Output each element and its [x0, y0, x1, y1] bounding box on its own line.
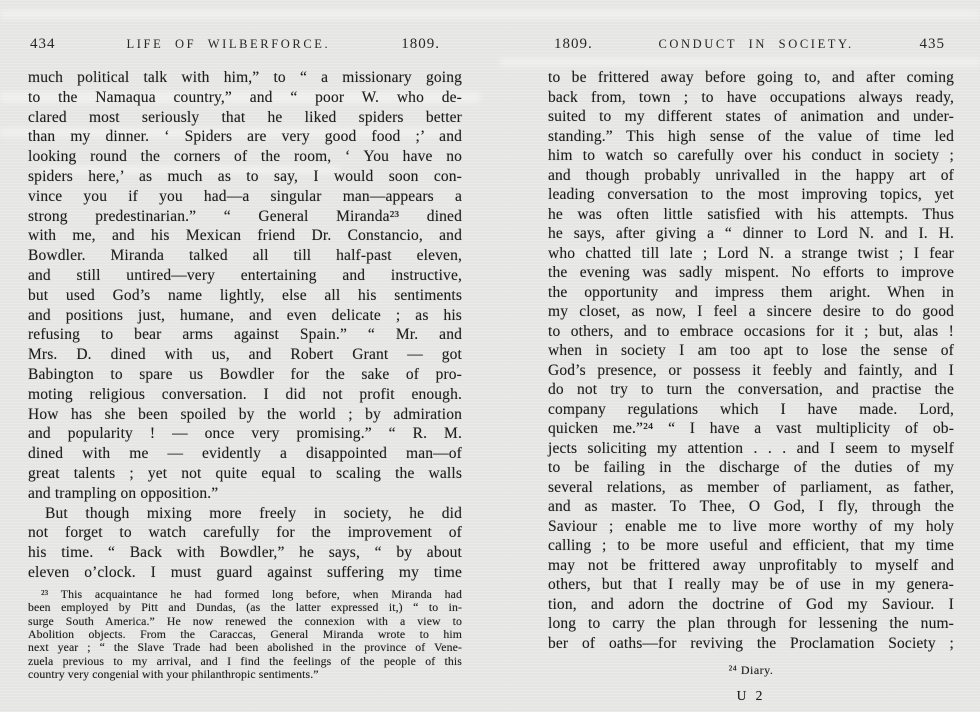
text-line: Bowdler. Miranda talked all till half-pa… — [28, 246, 462, 266]
text-line: been employed by Pitt and Dundas, (as th… — [28, 601, 462, 614]
text-line: to the Namaqua country,” and “ poor W. w… — [28, 88, 462, 108]
text-line: and positions just, humane, and even del… — [28, 306, 462, 326]
text-line: the evening was sadly mispent. No effort… — [548, 263, 954, 283]
text-line: much political talk with him,” to “ a mi… — [28, 68, 462, 88]
right-page-header: 1809. CONDUCT IN SOCIETY. 435 — [548, 36, 954, 53]
text-line: moting religious conversation. I did not… — [28, 385, 462, 405]
text-line: and trampling on opposition.” — [28, 484, 462, 504]
text-line: God’s presence, or possess it feebly and… — [548, 361, 954, 381]
text-line: him to watch so carefully over his condu… — [548, 146, 954, 166]
text-line: who chatted till late ; Lord N. a strang… — [548, 244, 954, 264]
text-line: not forget to watch carefully for the im… — [28, 523, 462, 543]
text-line: zuela previous to my arrival, and I find… — [28, 655, 462, 668]
text-line: and as master. To Thee, O God, I fly, th… — [548, 497, 954, 517]
left-page: 434 LIFE OF WILBERFORCE. 1809. much poli… — [28, 36, 462, 682]
left-paragraph-1: much political talk with him,” to “ a mi… — [28, 68, 462, 504]
text-line: ber of oaths—for reviving the Proclamati… — [548, 634, 954, 654]
text-line: country very congenial with your philant… — [28, 668, 462, 681]
text-line: but used God’s name lightly, else all hi… — [28, 286, 462, 306]
text-line: Babington to spare us Bowdler for the sa… — [28, 365, 462, 385]
text-line: next year ; “ the Slave Trade had been a… — [28, 641, 462, 654]
text-line: Abolition objects. From the Caraccas, Ge… — [28, 628, 462, 641]
text-line: back from, town ; to have occupations al… — [548, 88, 954, 108]
scan-streak — [0, 10, 980, 19]
text-line: he says, after giving a “ dinner to Lord… — [548, 224, 954, 244]
text-line: several relations, as member of parliame… — [548, 478, 954, 498]
text-line: with me, and his Mexican friend Dr. Cons… — [28, 226, 462, 246]
text-line: vince you if you had—a singular man—appe… — [28, 187, 462, 207]
text-line: eleven o’clock. I must guard against suf… — [28, 563, 462, 583]
right-paragraph-1: to be frittered away before going to, an… — [548, 68, 954, 653]
text-line: when in society I am too apt to lose the… — [548, 341, 954, 361]
text-line: spiders here,’ as much as to say, I woul… — [28, 167, 462, 187]
left-page-number: 434 — [30, 36, 56, 53]
text-line: and still untired—very entertaining and … — [28, 266, 462, 286]
text-line: surge South America.” He now renewed the… — [28, 615, 462, 628]
text-line: long to carry the plan through for lesse… — [548, 614, 954, 634]
text-line: quicken me.”²⁴ “ I have a vast multiplic… — [548, 419, 954, 439]
right-header-year: 1809. — [554, 36, 593, 53]
text-line: looking round the corners of the room, ‘… — [28, 147, 462, 167]
text-line: others, but that I really may be of use … — [548, 575, 954, 595]
text-line: strong predestinarian.” “ General Mirand… — [28, 207, 462, 227]
right-footnote: ²⁴ Diary. — [548, 661, 954, 681]
text-line: Mrs. D. dined with us, and Robert Grant … — [28, 345, 462, 365]
text-line: clared most seriously that he liked spid… — [28, 108, 462, 128]
right-page-number: 435 — [919, 36, 945, 53]
left-paragraph-2: But though mixing more freely in society… — [28, 504, 462, 583]
text-line: suited to my different states of animati… — [548, 107, 954, 127]
text-line: great talents ; yet not quite equal to s… — [28, 464, 462, 484]
right-running-title: CONDUCT IN SOCIETY. — [658, 37, 853, 52]
text-line: Saviour ; enable me to live more worthy … — [548, 517, 954, 537]
text-line: the opportunity and impress them aright.… — [548, 283, 954, 303]
text-line: he was often little satisfied with his a… — [548, 205, 954, 225]
text-line: to be frittered away before going to, an… — [548, 68, 954, 88]
text-line: his time. “ Back with Bowdler,” he says,… — [28, 543, 462, 563]
text-line: do not try to turn the conversation, and… — [548, 380, 954, 400]
text-line: But though mixing more freely in society… — [28, 504, 462, 524]
text-line: leading conversation to the most improvi… — [548, 185, 954, 205]
text-line: tion, and adorn the doctrine of God my S… — [548, 595, 954, 615]
text-line: standing.” This high sense of the value … — [548, 127, 954, 147]
text-line: company regulations which I have made. L… — [548, 400, 954, 420]
text-line: jects soliciting my attention . . . and … — [548, 439, 954, 459]
left-running-title: LIFE OF WILBERFORCE. — [127, 37, 331, 52]
text-line: may not be frittered away unprofitably t… — [548, 556, 954, 576]
left-header-year: 1809. — [401, 36, 440, 53]
text-line: dined with me — evidently a disappointed… — [28, 444, 462, 464]
right-page-body: to be frittered away before going to, an… — [548, 68, 954, 705]
text-line: refusing to bear arms against Spain.” “ … — [28, 325, 462, 345]
left-footnote: ²³ This acquaintance he had formed long … — [28, 588, 462, 682]
left-page-header: 434 LIFE OF WILBERFORCE. 1809. — [28, 36, 462, 53]
signature-mark: U 2 — [548, 686, 954, 706]
text-line: ²³ This acquaintance he had formed long … — [28, 588, 462, 601]
right-page: 1809. CONDUCT IN SOCIETY. 435 to be frit… — [548, 36, 954, 705]
left-page-body: much political talk with him,” to “ a mi… — [28, 68, 462, 682]
text-line: my closet, as now, I feel a sincere desi… — [548, 302, 954, 322]
text-line: to others, and to embrace occasions for … — [548, 322, 954, 342]
text-line: than my dinner. ‘ Spiders are very good … — [28, 127, 462, 147]
text-line: How has she been spoiled by the world ; … — [28, 405, 462, 425]
text-line: calling ; to be more useful and efficien… — [548, 536, 954, 556]
text-line: and though probably unrivalled in the ha… — [548, 166, 954, 186]
text-line: to be failing in the discharge of the du… — [548, 458, 954, 478]
text-line: and popularity ! — once very promising.”… — [28, 424, 462, 444]
